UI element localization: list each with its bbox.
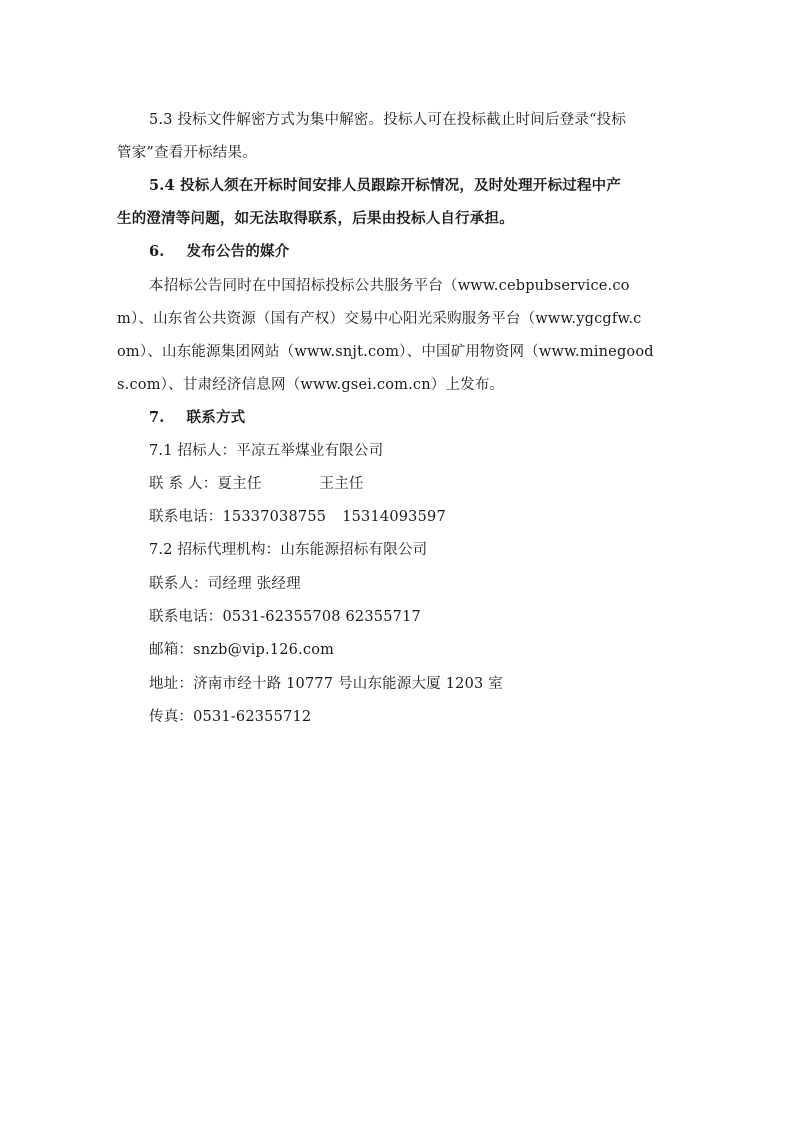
tenderer-name: 7.1 招标人：平凉五举煤业有限公司	[149, 441, 383, 461]
section-6-paragraph-line-4: s.com）、甘肃经济信息网（www.gsei.com.cn）上发布。	[117, 375, 504, 395]
section-6-number: 6.	[149, 243, 165, 260]
tenderer-phone-label: 联系电话：	[149, 509, 223, 525]
tenderer-phone-1: 15337038755	[223, 509, 327, 525]
agency-fax: 传真：0531-62355712	[149, 707, 311, 727]
tenderer-phones: 联系电话：1533703875515314093597	[149, 507, 446, 527]
section-6-paragraph-line-2: m）、山东省公共资源（国有产权）交易中心阳光采购服务平台（www.ygcgfw.…	[117, 309, 641, 329]
section-7-heading: 7.联系方式	[149, 408, 245, 428]
agency-name: 7.2 招标代理机构：山东能源招标有限公司	[149, 540, 427, 560]
agency-contacts: 联系人：司经理 张经理	[149, 574, 301, 594]
paragraph-5-4-line-1: 5.4 投标人须在开标时间安排人员跟踪开标情况，及时处理开标过程中产	[149, 176, 621, 196]
section-7-number: 7.	[149, 409, 165, 426]
agency-email-label: 邮箱：	[149, 642, 193, 658]
paragraph-5-4-line-2: 生的澄清等问题，如无法取得联系，后果由投标人自行承担。	[117, 209, 514, 229]
section-7-title: 联系方式	[187, 409, 246, 426]
agency-address: 地址：济南市经十路 10777 号山东能源大厦 1203 室	[149, 674, 503, 694]
section-6-paragraph-line-3: om）、山东能源集团网站（www.snjt.com）、中国矿用物资网（www.m…	[117, 342, 654, 362]
document-page: 5.3 投标文件解密方式为集中解密。投标人可在投标截止时间后登录“投标 管家”查…	[0, 0, 793, 1122]
tenderer-phone-2: 15314093597	[342, 509, 446, 525]
agency-email: snzb@vip.126.com	[193, 642, 334, 658]
agency-email-line: 邮箱：snzb@vip.126.com	[149, 640, 334, 660]
section-6-paragraph-line-1: 本招标公告同时在中国招标投标公共服务平台（www.cebpubservice.c…	[149, 276, 630, 296]
tenderer-contacts: 联 系 人：夏主任王主任	[149, 474, 364, 494]
tenderer-contact-label: 联 系 人：	[149, 476, 217, 492]
paragraph-5-3-line-2: 管家”查看开标结果。	[117, 143, 257, 163]
tenderer-contact-1: 夏主任	[217, 476, 261, 492]
agency-phones: 联系电话：0531-62355708 62355717	[149, 607, 421, 627]
section-6-heading: 6.发布公告的媒介	[149, 242, 289, 262]
tenderer-contact-2: 王主任	[320, 476, 364, 492]
paragraph-5-3-line-1: 5.3 投标文件解密方式为集中解密。投标人可在投标截止时间后登录“投标	[149, 110, 626, 130]
section-6-title: 发布公告的媒介	[187, 243, 290, 260]
